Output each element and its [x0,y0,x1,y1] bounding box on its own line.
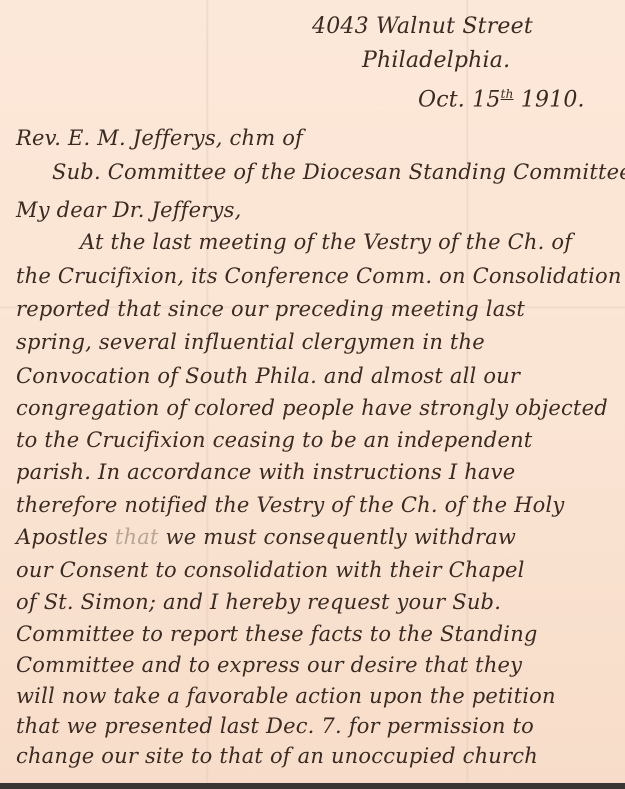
body-line: At the last meeting of the Vestry of the… [80,232,572,253]
recipient-line-1: Rev. E. M. Jefferys, chm of [16,128,303,149]
date-year: 1910. [521,87,585,112]
body-line: spring, several influential clergymen in… [16,332,485,353]
body-line: to the Crucifixion ceasing to be an inde… [16,430,532,451]
letter-date: Oct. 15th 1910. [418,88,585,111]
body-line: our Consent to consolidation with their … [16,560,525,581]
body-line: Committee to report these facts to the S… [16,624,538,645]
letter-page: 4043 Walnut Street Philadelphia. Oct. 15… [0,0,625,783]
body-line: Committee and to express our desire that… [16,655,522,676]
date-month-day: Oct. 15 [418,87,501,112]
body-line: the Crucifixion, its Conference Comm. on… [16,266,622,287]
faded-word: that [115,525,159,549]
body-line: change our site to that of an unoccupied… [16,746,538,767]
body-line: parish. In accordance with instructions … [16,462,515,483]
address-line-2: Philadelphia. [362,50,510,72]
body-line: reported that since our preceding meetin… [16,299,525,320]
recipient-line-2: Sub. Committee of the Diocesan Standing … [52,162,625,183]
salutation: My dear Dr. Jefferys, [16,200,241,221]
body-line: congregation of colored people have stro… [16,398,608,419]
body-word: we must consequently withdraw [166,525,517,549]
body-line: will now take a favorable action upon th… [16,686,556,707]
date-ordinal: th [501,87,514,101]
body-word: Apostles [16,525,108,549]
body-line: Apostles that we must consequently withd… [16,527,516,548]
page-bottom-shadow [0,783,625,789]
body-line: therefore notified the Vestry of the Ch.… [16,495,565,516]
body-line: Convocation of South Phila. and almost a… [16,366,520,387]
body-line: that we presented last Dec. 7. for permi… [16,716,534,737]
address-line-1: 4043 Walnut Street [312,16,533,38]
body-line: of St. Simon; and I hereby request your … [16,592,501,613]
